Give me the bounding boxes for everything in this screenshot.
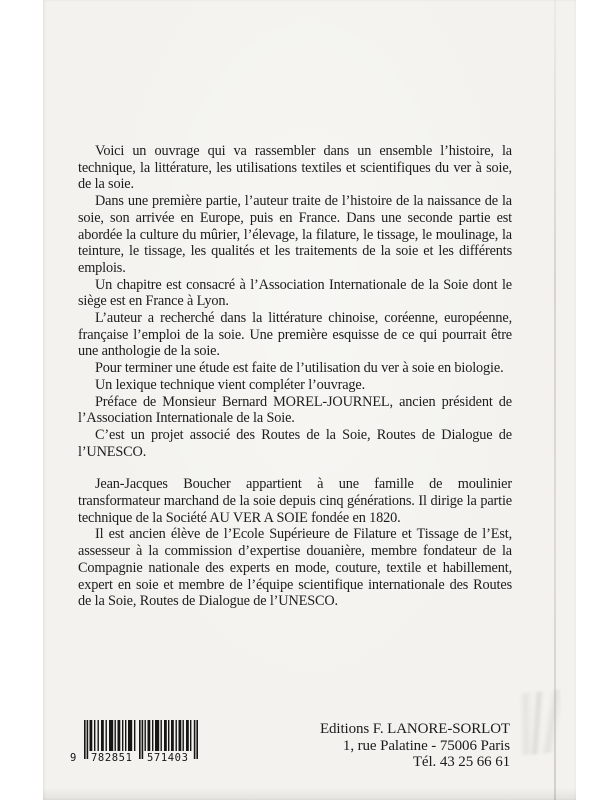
bio-paragraph-1: Jean-Jacques Boucher appartient à une fa… [78,476,512,526]
synopsis-paragraph-6: Un lexique technique vient compléter l’o… [78,377,512,394]
publisher-name: Editions F. LANORE-SORLOT [320,721,510,738]
synopsis-paragraph-8: C’est un projet associé des Routes de la… [78,427,512,460]
synopsis-paragraph-7: Préface de Monsieur Bernard MOREL-JOURNE… [78,394,512,427]
author-bio-block: Jean-Jacques Boucher appartient à une fa… [78,476,512,610]
synopsis-paragraph-1: Voici un ouvrage qui va rassembler dans … [78,143,512,193]
book-back-cover: Voici un ouvrage qui va rassembler dans … [43,0,576,800]
synopsis-paragraph-3: Un chapitre est consacré à l’Association… [78,277,512,310]
publisher-address: 1, rue Palatine - 75006 Paris [320,738,510,755]
cover-bottom-shadow [43,788,576,800]
barcode-digit-group1: 782851 [91,751,133,765]
publisher-block: Editions F. LANORE-SORLOT 1, rue Palatin… [320,721,510,771]
synopsis-paragraph-5: Pour terminer une étude est faite de l’u… [78,360,512,377]
synopsis-paragraph-2: Dans une première partie, l’auteur trait… [78,193,512,277]
scan-smudge [508,689,566,756]
synopsis-paragraph-4: L’auteur a recherché dans la littérature… [78,310,512,360]
publisher-phone: Tél. 43 25 66 61 [320,754,510,771]
barcode-digit-group2: 571403 [147,751,189,765]
cover-crease-line [554,0,556,800]
bio-paragraph-2: Il est ancien élève de l’Ecole Supérieur… [78,526,512,610]
cover-text-block: Voici un ouvrage qui va rassembler dans … [78,143,512,610]
barcode-digit-prefix: 9 [70,751,77,765]
ean-barcode: 9 782851 571403 [70,718,202,768]
scanned-page: Voici un ouvrage qui va rassembler dans … [0,0,599,800]
